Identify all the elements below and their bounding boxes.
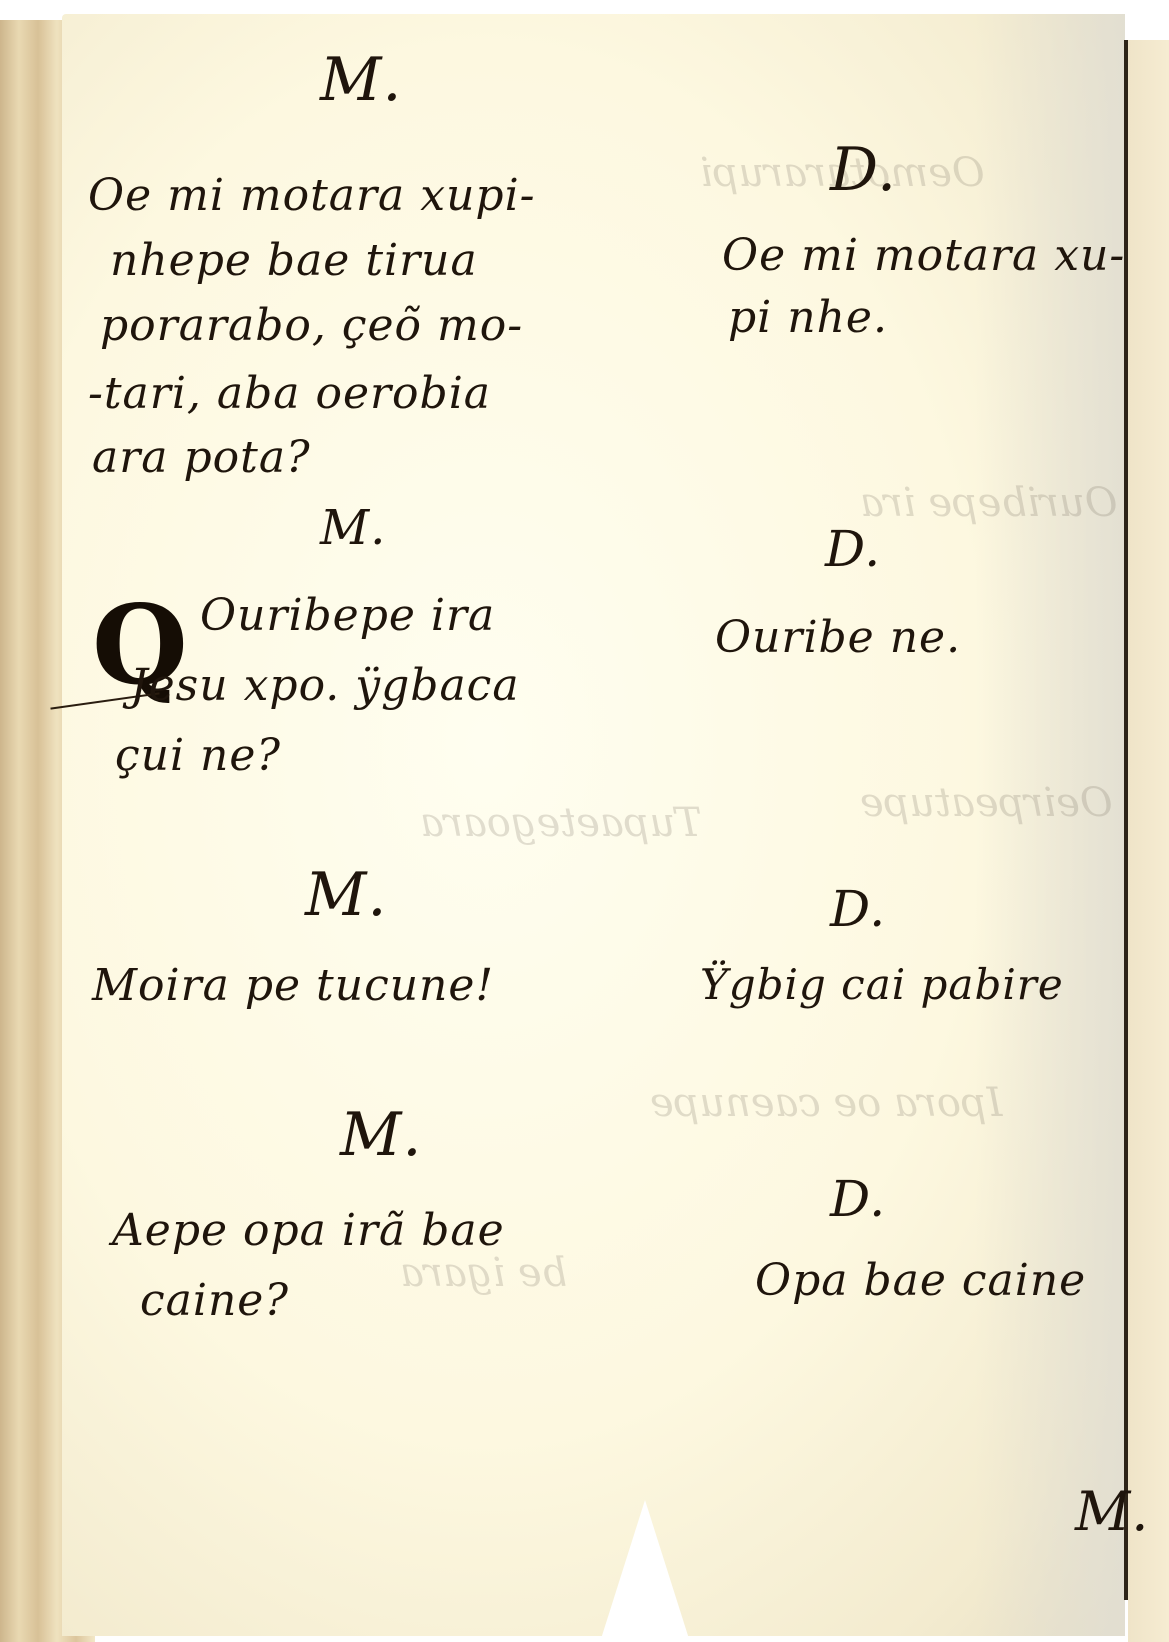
text-line: Jesu xpo. ÿgbaca <box>130 660 520 711</box>
text-line: Ouribepe ira <box>200 590 495 641</box>
speaker-label: D. <box>830 135 897 205</box>
text-line: Aepe opa irã bae <box>112 1205 505 1256</box>
speaker-label: M. <box>320 45 403 115</box>
catchword: M. <box>1075 1480 1149 1543</box>
bleed-through-text: Tupaetegoara <box>420 800 702 846</box>
text-line: pi nhe. <box>728 292 888 343</box>
speaker-label: M. <box>320 500 386 556</box>
text-line: -tari, aba oerobia <box>88 368 491 419</box>
next-page-edge <box>1128 40 1169 1642</box>
bleed-through-text: Ouribepe ira <box>860 480 1118 526</box>
text-line: Ouribe ne. <box>715 612 961 663</box>
bleed-through-text: Ipora oe caenupe <box>650 1080 1002 1126</box>
text-line: nhepe bae tirua <box>110 235 478 286</box>
speaker-label: D. <box>825 520 881 578</box>
text-line: caine? <box>140 1275 289 1326</box>
speaker-label: D. <box>830 880 886 938</box>
bleed-through-text: be igara <box>400 1250 567 1296</box>
text-line: Opa bae caine <box>755 1255 1086 1306</box>
text-line: Oe mi motara xu- <box>722 230 1125 281</box>
speaker-label: D. <box>830 1170 886 1228</box>
text-line: Ÿgbig cai pabire <box>700 960 1064 1009</box>
text-line: Moira pe tucune! <box>92 960 494 1011</box>
bleed-through-text: Oeirpeatupe <box>860 780 1113 826</box>
bookmark-strip <box>600 1500 690 1642</box>
speaker-label: M. <box>305 860 388 930</box>
text-line: porarabo, çeõ mo- <box>100 300 523 351</box>
text-line: Oe mi motara xupi- <box>88 170 536 221</box>
text-line: ara pota? <box>92 432 311 483</box>
text-line: çui ne? <box>115 730 281 781</box>
speaker-label: M. <box>340 1100 423 1170</box>
